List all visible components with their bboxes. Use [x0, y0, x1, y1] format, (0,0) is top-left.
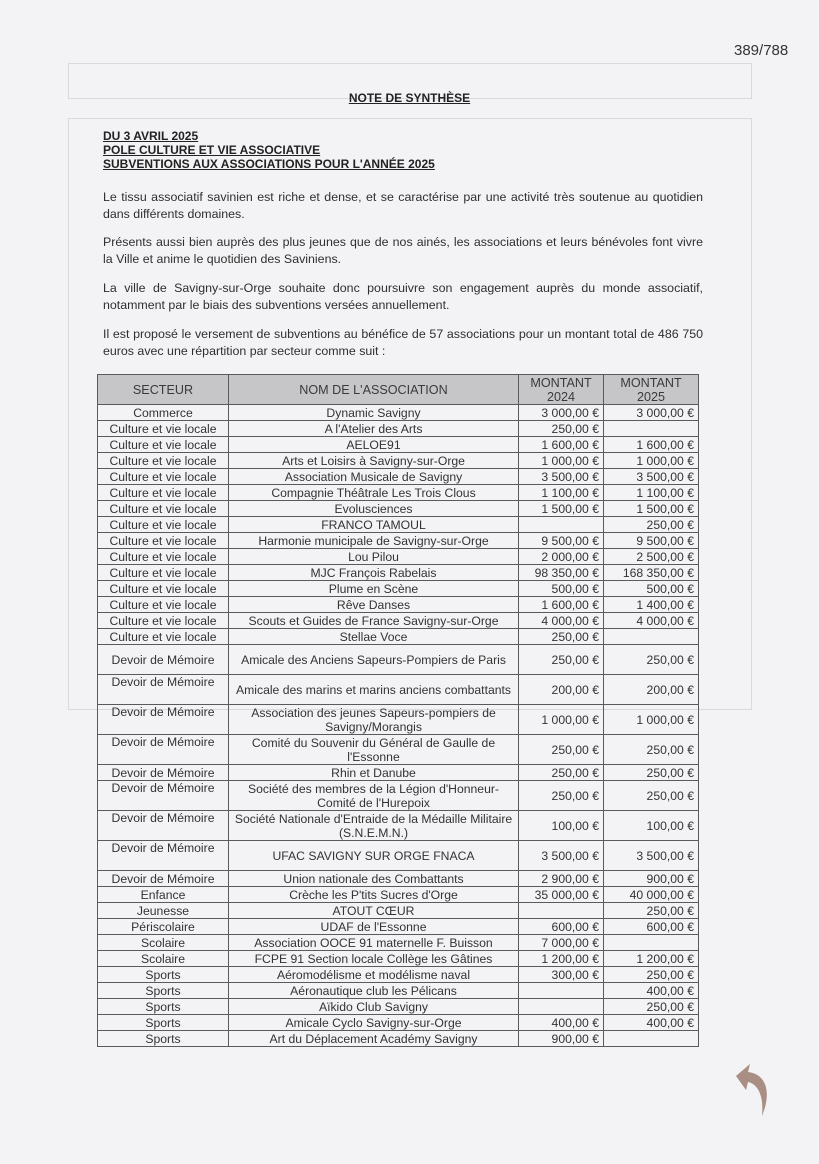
- association-name-cell: Art du Déplacement Académy Savigny: [229, 1031, 519, 1047]
- table-row: Culture et vie localeEvolusciences1 500,…: [98, 501, 699, 517]
- amount-2025-cell: 250,00 €: [604, 903, 699, 919]
- heading-department: POLE CULTURE ET VIE ASSOCIATIVE: [103, 143, 435, 157]
- amount-2025-cell: 40 000,00 €: [604, 887, 699, 903]
- table-row: Devoir de MémoireSociété Nationale d'Ent…: [98, 811, 699, 841]
- sector-cell: Enfance: [98, 887, 229, 903]
- table-row: Devoir de MémoireAmicale des Anciens Sap…: [98, 645, 699, 675]
- table-row: Culture et vie localeStellae Voce250,00 …: [98, 629, 699, 645]
- association-name-cell: Aéronautique club les Pélicans: [229, 983, 519, 999]
- association-name-cell: Amicale Cyclo Savigny-sur-Orge: [229, 1015, 519, 1031]
- amount-2025-cell: 250,00 €: [604, 765, 699, 781]
- sector-cell: Culture et vie locale: [98, 613, 229, 629]
- amount-2025-cell: 250,00 €: [604, 645, 699, 675]
- amount-2024-cell: 3 500,00 €: [519, 841, 604, 871]
- header-sector: SECTEUR: [98, 375, 229, 405]
- amount-2025-cell: 250,00 €: [604, 781, 699, 811]
- amount-2024-cell: 35 000,00 €: [519, 887, 604, 903]
- association-name-cell: AELOE91: [229, 437, 519, 453]
- sector-cell: Sports: [98, 967, 229, 983]
- table-row: Culture et vie localeA l'Atelier des Art…: [98, 421, 699, 437]
- table-row: Devoir de MémoireSociété des membres de …: [98, 781, 699, 811]
- table-body: CommerceDynamic Savigny3 000,00 €3 000,0…: [98, 405, 699, 1047]
- table-row: Culture et vie localePlume en Scène500,0…: [98, 581, 699, 597]
- amount-2024-cell: 2 000,00 €: [519, 549, 604, 565]
- table-row: EnfanceCrèche les P'tits Sucres d'Orge35…: [98, 887, 699, 903]
- amount-2025-cell: 9 500,00 €: [604, 533, 699, 549]
- amount-2024-cell: 250,00 €: [519, 765, 604, 781]
- amount-2024-cell: 300,00 €: [519, 967, 604, 983]
- amount-2024-cell: 400,00 €: [519, 1015, 604, 1031]
- sector-cell: Culture et vie locale: [98, 565, 229, 581]
- amount-2024-cell: 250,00 €: [519, 645, 604, 675]
- amount-2024-cell: 3 500,00 €: [519, 469, 604, 485]
- amount-2024-cell: 1 500,00 €: [519, 501, 604, 517]
- amount-2025-cell: 500,00 €: [604, 581, 699, 597]
- association-name-cell: ATOUT CŒUR: [229, 903, 519, 919]
- sector-cell: Devoir de Mémoire: [98, 781, 229, 811]
- page-number: 389/788: [734, 42, 788, 59]
- amount-2024-cell: [519, 517, 604, 533]
- sector-cell: Devoir de Mémoire: [98, 871, 229, 887]
- sector-cell: Sports: [98, 983, 229, 999]
- sector-cell: Culture et vie locale: [98, 581, 229, 597]
- association-name-cell: Dynamic Savigny: [229, 405, 519, 421]
- paragraph-intro: Le tissu associatif savinien est riche e…: [103, 189, 703, 223]
- table-row: PériscolaireUDAF de l'Essonne600,00 €600…: [98, 919, 699, 935]
- amount-2025-cell: 250,00 €: [604, 999, 699, 1015]
- amount-2024-cell: 1 000,00 €: [519, 705, 604, 735]
- amount-2024-cell: 98 350,00 €: [519, 565, 604, 581]
- table-row: Culture et vie localeScouts et Guides de…: [98, 613, 699, 629]
- amount-2025-cell: 100,00 €: [604, 811, 699, 841]
- association-name-cell: Rhin et Danube: [229, 765, 519, 781]
- table-row: SportsAéromodélisme et modélisme naval30…: [98, 967, 699, 983]
- amount-2024-cell: 900,00 €: [519, 1031, 604, 1047]
- association-name-cell: Rêve Danses: [229, 597, 519, 613]
- association-name-cell: Aïkido Club Savigny: [229, 999, 519, 1015]
- heading-date: DU 3 AVRIL 2025: [103, 129, 435, 143]
- table-row: Culture et vie localeRêve Danses1 600,00…: [98, 597, 699, 613]
- table-row: SportsAïkido Club Savigny250,00 €: [98, 999, 699, 1015]
- association-name-cell: Union nationale des Combattants: [229, 871, 519, 887]
- sector-cell: Scolaire: [98, 935, 229, 951]
- sector-cell: Périscolaire: [98, 919, 229, 935]
- table-row: JeunesseATOUT CŒUR250,00 €: [98, 903, 699, 919]
- amount-2024-cell: 250,00 €: [519, 629, 604, 645]
- table-header-row: SECTEUR NOM DE L'ASSOCIATION MONTANT 202…: [98, 375, 699, 405]
- document-title: NOTE DE SYNTHÈSE: [0, 91, 819, 105]
- table-row: Devoir de MémoireRhin et Danube250,00 €2…: [98, 765, 699, 781]
- amount-2025-cell: 1 400,00 €: [604, 597, 699, 613]
- sector-cell: Devoir de Mémoire: [98, 735, 229, 765]
- association-name-cell: FRANCO TAMOUL: [229, 517, 519, 533]
- association-name-cell: Lou Pilou: [229, 549, 519, 565]
- heading-subject: SUBVENTIONS AUX ASSOCIATIONS POUR L'ANNÉ…: [103, 157, 435, 171]
- amount-2025-cell: 250,00 €: [604, 517, 699, 533]
- association-name-cell: Amicale des Anciens Sapeurs-Pompiers de …: [229, 645, 519, 675]
- amount-2025-cell: 400,00 €: [604, 1015, 699, 1031]
- table-row: SportsAmicale Cyclo Savigny-sur-Orge400,…: [98, 1015, 699, 1031]
- association-name-cell: UFAC SAVIGNY SUR ORGE FNACA: [229, 841, 519, 871]
- table-row: CommerceDynamic Savigny3 000,00 €3 000,0…: [98, 405, 699, 421]
- amount-2025-cell: [604, 421, 699, 437]
- sector-cell: Devoir de Mémoire: [98, 645, 229, 675]
- sector-cell: Devoir de Mémoire: [98, 675, 229, 705]
- sector-cell: Devoir de Mémoire: [98, 705, 229, 735]
- amount-2025-cell: 1 600,00 €: [604, 437, 699, 453]
- amount-2024-cell: 2 900,00 €: [519, 871, 604, 887]
- amount-2025-cell: 2 500,00 €: [604, 549, 699, 565]
- association-name-cell: A l'Atelier des Arts: [229, 421, 519, 437]
- sector-cell: Devoir de Mémoire: [98, 765, 229, 781]
- table-row: Devoir de MémoireUFAC SAVIGNY SUR ORGE F…: [98, 841, 699, 871]
- amount-2025-cell: 600,00 €: [604, 919, 699, 935]
- amount-2025-cell: 900,00 €: [604, 871, 699, 887]
- table-row: Culture et vie localeFRANCO TAMOUL250,00…: [98, 517, 699, 533]
- sector-cell: Culture et vie locale: [98, 453, 229, 469]
- sector-cell: Sports: [98, 1015, 229, 1031]
- association-name-cell: Crèche les P'tits Sucres d'Orge: [229, 887, 519, 903]
- header-amount-2025: MONTANT 2025: [604, 375, 699, 405]
- association-name-cell: Scouts et Guides de France Savigny-sur-O…: [229, 613, 519, 629]
- association-name-cell: Plume en Scène: [229, 581, 519, 597]
- sector-cell: Culture et vie locale: [98, 437, 229, 453]
- heading-block: DU 3 AVRIL 2025 POLE CULTURE ET VIE ASSO…: [103, 129, 435, 171]
- amount-2025-cell: 3 500,00 €: [604, 469, 699, 485]
- paragraph-commitment: La ville de Savigny-sur-Orge souhaite do…: [103, 280, 703, 314]
- table-row: Culture et vie localeAssociation Musical…: [98, 469, 699, 485]
- amount-2024-cell: 250,00 €: [519, 735, 604, 765]
- amount-2024-cell: 100,00 €: [519, 811, 604, 841]
- association-name-cell: Arts et Loisirs à Savigny-sur-Orge: [229, 453, 519, 469]
- amount-2024-cell: 1 600,00 €: [519, 437, 604, 453]
- amount-2025-cell: 200,00 €: [604, 675, 699, 705]
- association-name-cell: Association Musicale de Savigny: [229, 469, 519, 485]
- association-name-cell: Société des membres de la Légion d'Honne…: [229, 781, 519, 811]
- header-amount-2024: MONTANT 2024: [519, 375, 604, 405]
- association-name-cell: Harmonie municipale de Savigny-sur-Orge: [229, 533, 519, 549]
- amount-2024-cell: 9 500,00 €: [519, 533, 604, 549]
- sector-cell: Scolaire: [98, 951, 229, 967]
- amount-2025-cell: [604, 629, 699, 645]
- sector-cell: Culture et vie locale: [98, 629, 229, 645]
- sector-cell: Culture et vie locale: [98, 469, 229, 485]
- association-name-cell: Compagnie Théâtrale Les Trois Clous: [229, 485, 519, 501]
- amount-2024-cell: 250,00 €: [519, 421, 604, 437]
- table-row: Devoir de MémoireComité du Souvenir du G…: [98, 735, 699, 765]
- association-name-cell: Société Nationale d'Entraide de la Médai…: [229, 811, 519, 841]
- amount-2024-cell: 250,00 €: [519, 781, 604, 811]
- association-name-cell: Association OOCE 91 maternelle F. Buisso…: [229, 935, 519, 951]
- association-name-cell: MJC François Rabelais: [229, 565, 519, 581]
- sector-cell: Devoir de Mémoire: [98, 841, 229, 871]
- amount-2025-cell: 250,00 €: [604, 967, 699, 983]
- amount-2024-cell: 200,00 €: [519, 675, 604, 705]
- amount-2025-cell: 3 000,00 €: [604, 405, 699, 421]
- amount-2025-cell: [604, 1031, 699, 1047]
- table-row: SportsArt du Déplacement Académy Savigny…: [98, 1031, 699, 1047]
- association-name-cell: Stellae Voce: [229, 629, 519, 645]
- sector-cell: Commerce: [98, 405, 229, 421]
- sector-cell: Culture et vie locale: [98, 421, 229, 437]
- header-association-name: NOM DE L'ASSOCIATION: [229, 375, 519, 405]
- amount-2024-cell: [519, 999, 604, 1015]
- table-row: Culture et vie localeArts et Loisirs à S…: [98, 453, 699, 469]
- amount-2025-cell: 3 500,00 €: [604, 841, 699, 871]
- sector-cell: Sports: [98, 999, 229, 1015]
- association-name-cell: UDAF de l'Essonne: [229, 919, 519, 935]
- sector-cell: Culture et vie locale: [98, 597, 229, 613]
- amount-2024-cell: 1 200,00 €: [519, 951, 604, 967]
- sector-cell: Culture et vie locale: [98, 485, 229, 501]
- table-row: Culture et vie localeAELOE911 600,00 €1 …: [98, 437, 699, 453]
- return-arrow-icon: [726, 1062, 778, 1118]
- table-row: ScolaireAssociation OOCE 91 maternelle F…: [98, 935, 699, 951]
- table-row: Culture et vie localeMJC François Rabela…: [98, 565, 699, 581]
- subsidies-table: SECTEUR NOM DE L'ASSOCIATION MONTANT 202…: [97, 374, 699, 1047]
- sector-cell: Sports: [98, 1031, 229, 1047]
- amount-2025-cell: 1 200,00 €: [604, 951, 699, 967]
- sector-cell: Culture et vie locale: [98, 517, 229, 533]
- amount-2025-cell: 168 350,00 €: [604, 565, 699, 581]
- amount-2024-cell: 1 000,00 €: [519, 453, 604, 469]
- amount-2025-cell: 1 000,00 €: [604, 705, 699, 735]
- table-row: Culture et vie localeHarmonie municipale…: [98, 533, 699, 549]
- amount-2024-cell: 4 000,00 €: [519, 613, 604, 629]
- sector-cell: Culture et vie locale: [98, 533, 229, 549]
- amount-2024-cell: [519, 903, 604, 919]
- table-row: Devoir de MémoireAssociation des jeunes …: [98, 705, 699, 735]
- amount-2025-cell: 400,00 €: [604, 983, 699, 999]
- association-name-cell: Amicale des marins et marins anciens com…: [229, 675, 519, 705]
- table-row: SportsAéronautique club les Pélicans400,…: [98, 983, 699, 999]
- association-name-cell: Comité du Souvenir du Général de Gaulle …: [229, 735, 519, 765]
- amount-2024-cell: 1 100,00 €: [519, 485, 604, 501]
- association-name-cell: Evolusciences: [229, 501, 519, 517]
- sector-cell: Devoir de Mémoire: [98, 811, 229, 841]
- association-name-cell: Association des jeunes Sapeurs-pompiers …: [229, 705, 519, 735]
- table-row: Culture et vie localeCompagnie Théâtrale…: [98, 485, 699, 501]
- amount-2024-cell: 600,00 €: [519, 919, 604, 935]
- association-name-cell: FCPE 91 Section locale Collège les Gâtin…: [229, 951, 519, 967]
- table-row: Culture et vie localeLou Pilou2 000,00 €…: [98, 549, 699, 565]
- table-row: Devoir de MémoireAmicale des marins et m…: [98, 675, 699, 705]
- paragraph-presence: Présents aussi bien auprès des plus jeun…: [103, 234, 703, 268]
- sector-cell: Culture et vie locale: [98, 549, 229, 565]
- amount-2025-cell: 250,00 €: [604, 735, 699, 765]
- association-name-cell: Aéromodélisme et modélisme naval: [229, 967, 519, 983]
- paragraph-proposal: Il est proposé le versement de subventio…: [103, 326, 703, 360]
- amount-2025-cell: 1 100,00 €: [604, 485, 699, 501]
- amount-2024-cell: 1 600,00 €: [519, 597, 604, 613]
- sector-cell: Jeunesse: [98, 903, 229, 919]
- amount-2024-cell: [519, 983, 604, 999]
- amount-2025-cell: 4 000,00 €: [604, 613, 699, 629]
- amount-2025-cell: 1 000,00 €: [604, 453, 699, 469]
- table-row: ScolaireFCPE 91 Section locale Collège l…: [98, 951, 699, 967]
- amount-2025-cell: [604, 935, 699, 951]
- amount-2025-cell: 1 500,00 €: [604, 501, 699, 517]
- amount-2024-cell: 3 000,00 €: [519, 405, 604, 421]
- amount-2024-cell: 500,00 €: [519, 581, 604, 597]
- amount-2024-cell: 7 000,00 €: [519, 935, 604, 951]
- sector-cell: Culture et vie locale: [98, 501, 229, 517]
- table-row: Devoir de MémoireUnion nationale des Com…: [98, 871, 699, 887]
